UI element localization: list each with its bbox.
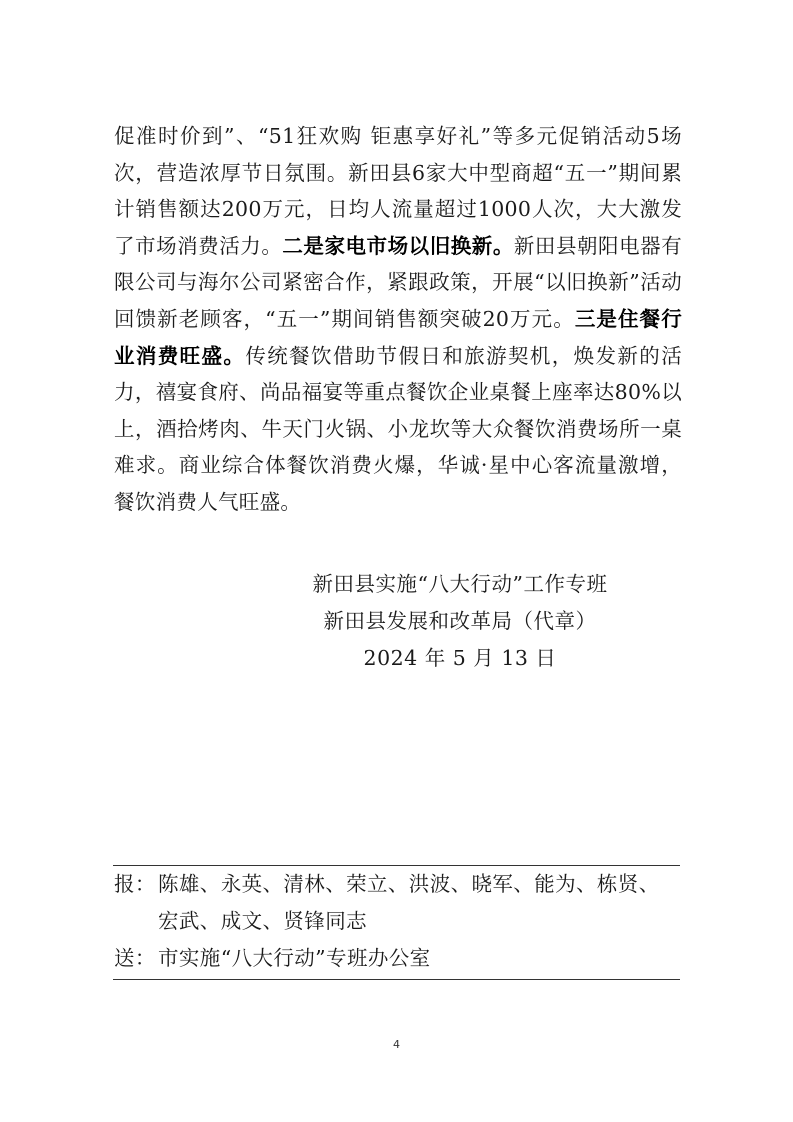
- signature-issuer: 新田县实施“八大行动”工作专班: [280, 566, 640, 603]
- signature-date: 2024 年 5 月 13 日: [280, 640, 640, 677]
- report-to-row: 报： 陈雄、永英、清林、荣立、洪波、晓军、能为、栋贤、宏武、成文、贤锋同志: [114, 866, 680, 939]
- page-number: 4: [0, 1038, 793, 1051]
- text-segment: 传统餐饮借助节假日和旅游契机，焕发新的活力，禧宴食府、尚品福宴等重点餐饮企业桌餐…: [114, 344, 682, 514]
- report-recipients: 陈雄、永英、清林、荣立、洪波、晓军、能为、栋贤、宏武、成文、贤锋同志: [158, 866, 680, 939]
- body-paragraph: 促准时价到”、“51狂欢购 钜惠享好礼”等多元促销活动5场次，营造浓厚节日氛围。…: [114, 118, 682, 521]
- send-recipients: 市实施“八大行动”专班办公室: [158, 940, 680, 977]
- divider-bottom: [113, 979, 680, 980]
- bold-heading-household-appliances: 二是家电市场以旧换新。: [282, 234, 514, 258]
- send-to-row: 送： 市实施“八大行动”专班办公室: [114, 940, 680, 977]
- signature-office: 新田县发展和改革局（代章）: [280, 603, 640, 640]
- send-label: 送：: [114, 940, 158, 977]
- report-label: 报：: [114, 866, 158, 939]
